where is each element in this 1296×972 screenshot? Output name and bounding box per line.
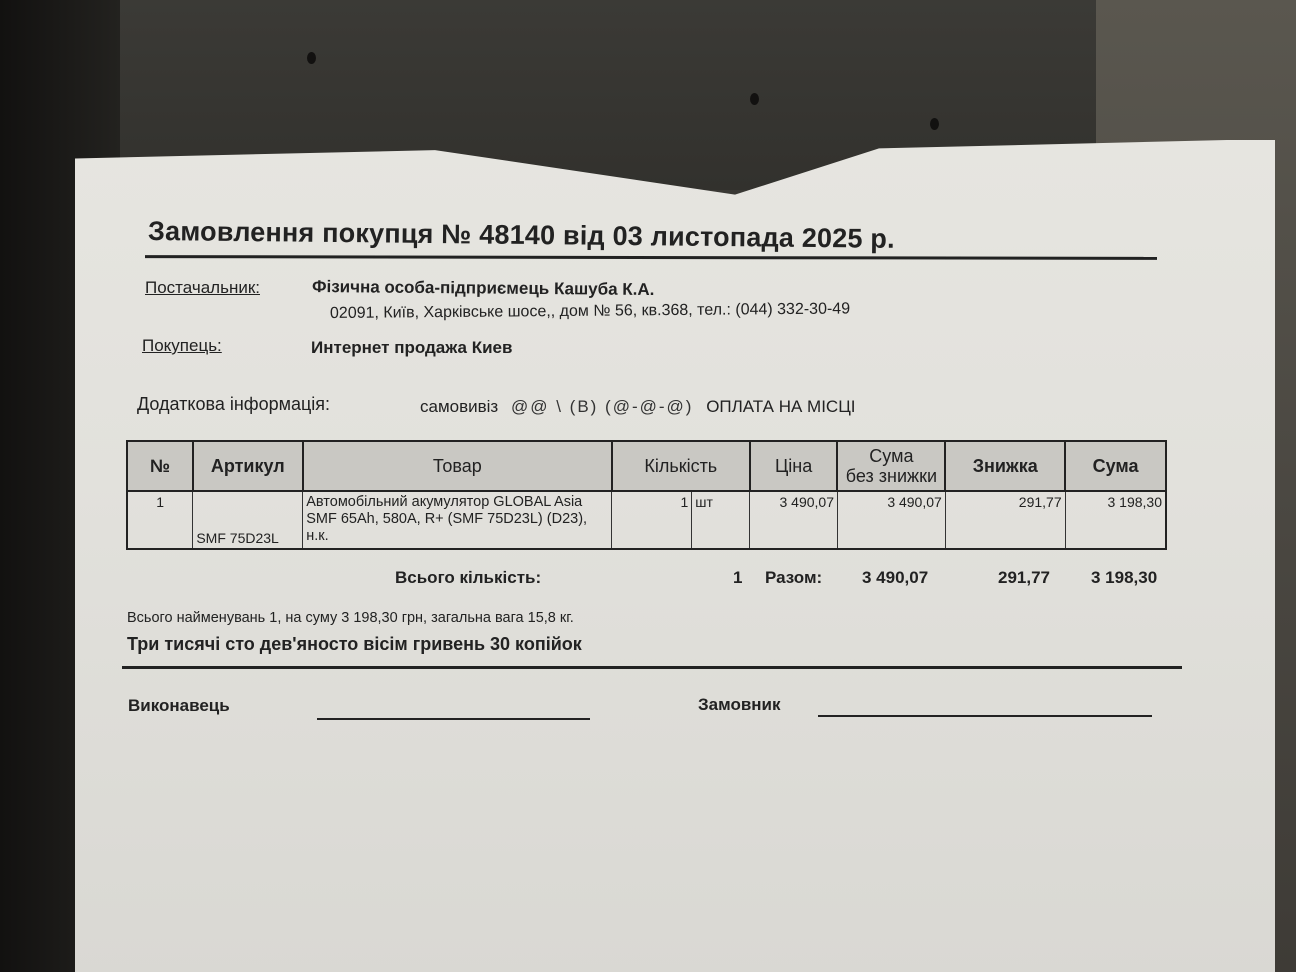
col-header-discount: Знижка	[945, 441, 1065, 491]
total-sum: 3 198,30	[1091, 568, 1157, 588]
footer-divider	[122, 666, 1182, 669]
header-line-1: Сума	[842, 446, 940, 466]
total-sum-no-discount: 3 490,07	[862, 568, 928, 588]
summary-line: Всього найменувань 1, на суму 3 198,30 г…	[127, 610, 574, 626]
items-table: № Артикул Товар Кількість Ціна Сума без …	[126, 440, 1167, 550]
cell-sum: 3 198,30	[1065, 491, 1166, 549]
cell-price: 3 490,07	[750, 491, 838, 549]
cell-discount: 291,77	[945, 491, 1065, 549]
redacted-phone: @@ \ (B) (@-@-@)	[511, 397, 694, 416]
cell-sum-no-discount: 3 490,07	[837, 491, 945, 549]
cell-no: 1	[127, 491, 193, 549]
cell-qty: 1	[612, 491, 692, 549]
total-discount: 291,77	[998, 568, 1050, 588]
title-divider	[145, 255, 1157, 260]
additional-info-value: самовивіз @@ \ (B) (@-@-@) ОПЛАТА НА МІС…	[420, 397, 856, 417]
header-line-2: без знижки	[842, 466, 940, 486]
amount-in-words: Три тисячі сто дев'яносто вісім гривень …	[127, 634, 582, 655]
col-header-no: №	[127, 441, 193, 491]
cell-article: SMF 75D23L	[193, 491, 303, 549]
additional-info-label: Додаткова інформація:	[137, 394, 330, 415]
supplier-label: Постачальник:	[145, 278, 260, 298]
order-document: Замовлення покупця № 48140 від 03 листоп…	[0, 0, 1296, 972]
buyer-label: Покупець:	[142, 336, 222, 356]
col-header-article: Артикул	[193, 441, 303, 491]
supplier-address: 02091, Київ, Харківське шосе,, дом № 56,…	[330, 300, 850, 323]
total-qty-label: Всього кількість:	[395, 568, 541, 588]
buyer-name: Интернет продажа Киев	[311, 338, 512, 358]
performer-signature-line	[317, 718, 590, 720]
performer-label: Виконавець	[128, 696, 230, 716]
total-label: Разом:	[765, 568, 822, 588]
col-header-sum-no-discount: Сума без знижки	[837, 441, 945, 491]
table-row: 1 SMF 75D23L Автомобільний акумулятор GL…	[127, 491, 1166, 549]
cell-product: Автомобільний акумулятор GLOBAL Asia SMF…	[303, 491, 612, 549]
col-header-product: Товар	[303, 441, 612, 491]
customer-signature-line	[818, 715, 1152, 717]
payment-note: ОПЛАТА НА МІСЦІ	[706, 397, 855, 416]
col-header-price: Ціна	[750, 441, 838, 491]
total-qty: 1	[733, 568, 742, 588]
col-header-qty: Кількість	[612, 441, 750, 491]
document-title: Замовлення покупця № 48140 від 03 листоп…	[148, 216, 895, 255]
supplier-name: Фізична особа-підприємець Кашуба К.А.	[312, 277, 655, 300]
pickup-text: самовивіз	[420, 397, 498, 416]
customer-label: Замовник	[698, 695, 781, 715]
col-header-sum: Сума	[1065, 441, 1166, 491]
cell-unit: шт	[692, 491, 750, 549]
